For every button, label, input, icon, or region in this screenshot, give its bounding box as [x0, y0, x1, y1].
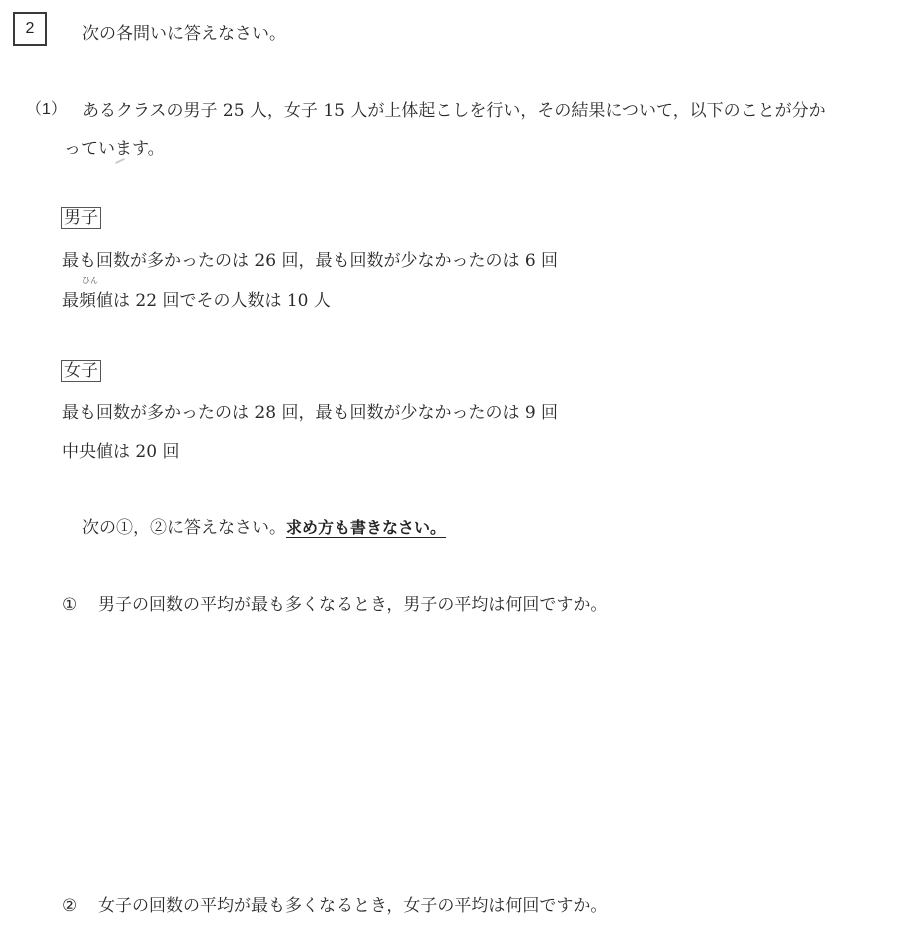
boys-section-label: 男子 [61, 207, 101, 229]
item-2-number: ② [62, 896, 98, 916]
item-1: ①男子の回数の平均が最も多くなるとき，男子の平均は何回ですか。 [62, 590, 607, 615]
direction-text: 次の①，②に答えなさい。求め方も書きなさい。 [82, 513, 446, 538]
answer-space-1[interactable] [62, 630, 862, 870]
question-number-box: 2 [13, 12, 47, 46]
boys-max-min-line: 最も回数が多かったのは 26 回，最も回数が少なかったのは 6 回 [62, 246, 558, 271]
question-number: 2 [26, 20, 35, 38]
direction-main: 次の①，②に答えなさい。 [82, 518, 286, 538]
girls-label-box: 女子 [61, 360, 101, 382]
direction-emphasis: 求め方も書きなさい。 [286, 518, 446, 537]
girls-section-label: 女子 [61, 360, 101, 382]
subquestion-text-line1: あるクラスの男子 25 人，女子 15 人が上体起こしを行い，その結果について，… [82, 96, 826, 121]
girls-median-line: 中央値は 20 回 [62, 437, 179, 462]
item-2: ②女子の回数の平均が最も多くなるとき，女子の平均は何回ですか。 [62, 891, 607, 916]
subquestion-text-line2: っています。 [64, 134, 165, 159]
boys-mode-line: 最頻値は 22 回でその人数は 10 人 [62, 286, 331, 311]
subquestion-label: （1） [26, 96, 67, 119]
answer-space-2[interactable] [62, 925, 862, 935]
item-1-text: 男子の回数の平均が最も多くなるとき，男子の平均は何回ですか。 [98, 595, 607, 615]
boys-label-box: 男子 [61, 207, 101, 229]
item-2-text: 女子の回数の平均が最も多くなるとき，女子の平均は何回ですか。 [98, 896, 607, 916]
ruby-annotation: ひん [82, 275, 98, 286]
item-1-number: ① [62, 595, 98, 615]
girls-max-min-line: 最も回数が多かったのは 28 回，最も回数が少なかったのは 9 回 [62, 398, 558, 423]
question-instruction: 次の各問いに答えなさい。 [82, 19, 286, 44]
